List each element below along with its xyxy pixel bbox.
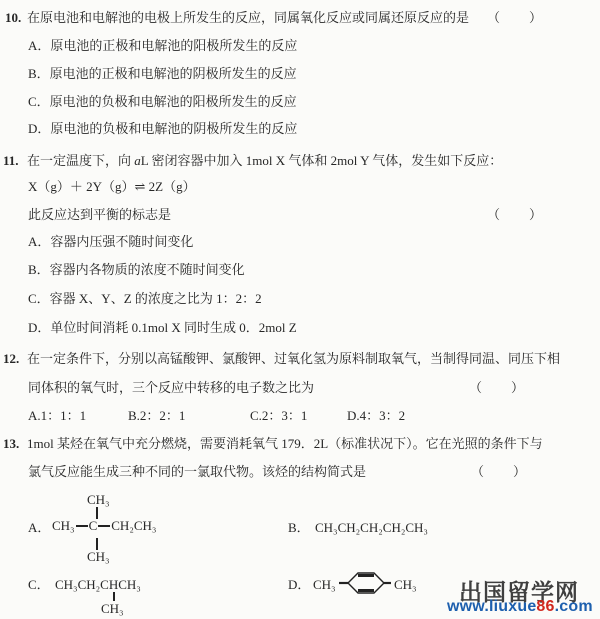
q11-option-d: D．单位时间消耗 0.1mol X 同时生成 0．2mol Z	[28, 318, 297, 338]
q13-stem-line1: 13. 1mol 某烃在氧气中充分燃烧，需要消耗氧气 179．2L（标准状况下）…	[0, 434, 600, 454]
q10-option-d-line: D．原电池的负极和电解池的阴极所发生的反应	[0, 119, 600, 139]
q12-answer-bracket: （ ）	[469, 378, 525, 398]
q11-number: 11.	[3, 151, 19, 171]
q11-option-d-line: D．单位时间消耗 0.1mol X 同时生成 0．2mol Z	[0, 318, 600, 338]
q12-number: 12.	[3, 349, 19, 369]
q11-chemical-equation: X（g）＋ 2Y（g）⇌ 2Z（g）	[28, 177, 196, 197]
q11-marker-text: 此反应达到平衡的标志是	[28, 205, 171, 225]
q10-option-c-line: C．原电池的负极和电解池的阳极所发生的反应	[0, 92, 600, 112]
q11-marker-line: 此反应达到平衡的标志是 （ ）	[0, 205, 600, 225]
exam-page: 10. 在原电池和电解池的电极上所发生的反应，同属氧化反应或同属还原反应的是 （…	[0, 0, 600, 619]
q10-option-a-line: A．原电池的正极和电解池的阳极所发生的反应	[0, 36, 600, 56]
substituent-top: CH₃	[87, 492, 110, 508]
url-part-3: .com	[555, 598, 593, 615]
q12-option-c: C.2：3：1	[250, 406, 307, 426]
q12-option-a: A.1：1：1	[28, 406, 86, 426]
url-part-1: www.liuxue	[447, 598, 536, 615]
substituent-bottom: CH₃	[87, 549, 110, 565]
q10-text: 在原电池和电解池的电极上所发生的反应，同属氧化反应或同属还原反应的是	[27, 8, 469, 28]
q11-option-a-line: A．容器内压强不随时间变化	[0, 232, 600, 252]
watermark-site-url: www.liuxue86.com	[447, 598, 593, 616]
q13-text-line2: 氯气反应能生成三种不同的一氯取代物。该烃的结构简式是	[28, 462, 366, 482]
q11-answer-bracket: （ ）	[487, 205, 543, 225]
q12-options-line: A.1：1：1 B.2：2：1 C.2：3：1 D.4：3：2	[0, 406, 600, 426]
q11-text-pre: 在一定温度下，向	[27, 153, 134, 168]
q11-stem-line: 11. 在一定温度下，向 aL 密闭容器中加入 1mol X 气体和 2mol …	[0, 151, 600, 171]
q10-option-a: A．原电池的正极和电解池的阳极所发生的反应	[28, 36, 297, 56]
q10-answer-bracket: （ ）	[487, 8, 543, 28]
q12-stem-line2: 同体积的氧气时，三个反应中转移的电子数之比为 （ ）	[0, 378, 600, 398]
q11-text-post: L 密闭容器中加入 1mol X 气体和 2mol Y 气体，发生如下反应：	[141, 153, 502, 168]
q13-option-c-branch: CH₃	[101, 599, 124, 619]
q12-option-d: D.4：3：2	[347, 406, 405, 426]
q12-text-line2: 同体积的氧气时，三个反应中转移的电子数之比为	[28, 378, 314, 398]
q13-number: 13.	[3, 434, 19, 454]
q10-number: 10.	[5, 8, 21, 28]
q11-option-b: B．容器内各物质的浓度不随时间变化	[28, 260, 245, 280]
q11-text: 在一定温度下，向 aL 密闭容器中加入 1mol X 气体和 2mol Y 气体…	[27, 151, 502, 171]
q11-option-c: C．容器 X、Y、Z 的浓度之比为 1：2：2	[28, 289, 262, 309]
q10-option-b: B．原电池的正极和电解池的阴极所发生的反应	[28, 64, 297, 84]
q11-option-c-line: C．容器 X、Y、Z 的浓度之比为 1：2：2	[0, 289, 600, 309]
q11-option-a: A．容器内压强不随时间变化	[28, 232, 193, 252]
q11-equation-line: X（g）＋ 2Y（g）⇌ 2Z（g）	[0, 177, 600, 197]
q10-option-d: D．原电池的负极和电解池的阴极所发生的反应	[28, 119, 297, 139]
q13-option-b-line: B． CH₃CH₂CH₂CH₂CH₃	[0, 518, 600, 538]
q13-answer-bracket: （ ）	[471, 462, 527, 482]
q13-stem-line2: 氯气反应能生成三种不同的一氯取代物。该烃的结构简式是 （ ）	[0, 462, 600, 482]
q13-text-line1: 1mol 某烃在氧气中充分燃烧，需要消耗氧气 179．2L（标准状况下）。它在光…	[27, 434, 543, 454]
q12-option-b: B.2：2：1	[128, 406, 185, 426]
q12-text-line1: 在一定条件下，分别以高锰酸钾、氯酸钾、过氧化氢为原料制取氧气，当制得同温、同压下…	[27, 349, 560, 369]
q10-option-c: C．原电池的负极和电解池的阳极所发生的反应	[28, 92, 297, 112]
q13-option-b-formula: CH₃CH₂CH₂CH₂CH₃	[315, 518, 428, 538]
q10-option-b-line: B．原电池的正极和电解池的阴极所发生的反应	[0, 64, 600, 84]
q13-option-d-right: CH₃	[394, 575, 417, 595]
q11-option-b-line: B．容器内各物质的浓度不随时间变化	[0, 260, 600, 280]
q13-option-b-label: B．	[288, 518, 310, 538]
url-part-2: 86	[536, 598, 554, 615]
q10-stem-line: 10. 在原电池和电解池的电极上所发生的反应，同属氧化反应或同属还原反应的是 （…	[0, 8, 600, 28]
q12-stem-line1: 12. 在一定条件下，分别以高锰酸钾、氯酸钾、过氧化氢为原料制取氧气，当制得同温…	[0, 349, 600, 369]
